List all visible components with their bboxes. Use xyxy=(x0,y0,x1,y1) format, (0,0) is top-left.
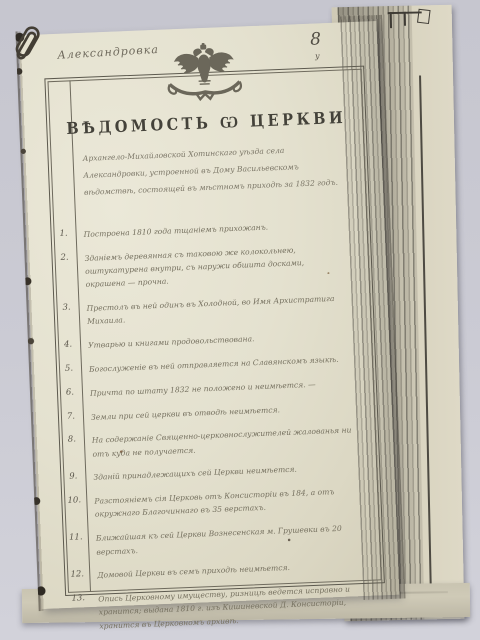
item-text: Разстояніемъ сія Церковь отъ Консисторіи… xyxy=(94,484,355,521)
list-item: 4. Утварью и книгами продовольствована. xyxy=(56,328,374,354)
item-number: 9. xyxy=(61,471,86,485)
item-number: 11. xyxy=(64,532,89,560)
item-text: Богослуженіе въ ней отправляется на Слав… xyxy=(89,352,349,376)
item-text: Домовой Церкви въ семъ приходѣ неимѣется… xyxy=(97,559,357,583)
list-item: 1. Построена 1810 года тщаніемъ прихожан… xyxy=(51,216,369,242)
item-number: 7. xyxy=(59,411,84,425)
list-item: 11. Ближайшая къ сей Церкви Вознесенская… xyxy=(64,520,383,559)
item-list: 1. Построена 1810 года тщаніемъ прихожан… xyxy=(51,216,383,590)
list-item: 12. Домовой Церкви въ семъ приходѣ неимѣ… xyxy=(65,557,383,583)
item-number: 13. xyxy=(66,593,92,634)
item-number: 5. xyxy=(57,363,82,377)
item-text: Утварью и книгами продовольствована. xyxy=(88,329,348,353)
item-text: Престолъ въ ней одинъ въ Холодной, во Им… xyxy=(86,292,347,329)
item-number: 4. xyxy=(56,339,81,353)
list-item: 10. Разстояніемъ сія Церковь отъ Консист… xyxy=(62,483,381,522)
item-number: 2. xyxy=(52,252,78,293)
document-page: Александровка 8 у xyxy=(19,21,400,609)
paperclip-icon xyxy=(10,20,46,67)
printed-table-marks xyxy=(388,9,447,70)
item-number: 8. xyxy=(60,434,85,462)
item-number: 10. xyxy=(62,495,87,523)
photo-background: Александровка 8 у xyxy=(0,0,480,640)
page-number-mark: у xyxy=(315,51,320,60)
item-text: Ближайшая къ сей Церкви Вознесенская м. … xyxy=(96,522,357,559)
list-item: 6. Причта по штату 1832 не положено и не… xyxy=(58,375,376,401)
list-item: 13. Опись Церковному имуществу, ризницѣ … xyxy=(66,581,385,634)
item-text: Причта по штату 1832 не положено и неимѣ… xyxy=(90,376,350,400)
item-text: Зданій принадлежащихъ сей Церкви неимѣет… xyxy=(93,461,353,485)
item-number: 6. xyxy=(58,387,83,401)
list-item: 9. Зданій принадлежащихъ сей Церкви неим… xyxy=(61,460,379,486)
document-subtitle: Архангело-Михайловской Хотинскаго уѣзда … xyxy=(82,139,350,201)
item-number: 1. xyxy=(51,228,76,242)
list-item: 2. Зданіемъ деревянная съ таковою же кол… xyxy=(52,240,371,293)
imperial-eagle-emblem xyxy=(164,41,244,106)
item-number: 12. xyxy=(65,569,90,583)
item-text: Построена 1810 года тщаніемъ прихожанъ. xyxy=(83,218,343,242)
document-title: ВѢДОМОСТЬ Ѡ ЦЕРКВИ xyxy=(47,108,366,141)
handwritten-annotation: Александровка xyxy=(57,43,159,62)
item-text: На содержаніе Священно-церковнослужителе… xyxy=(92,424,353,461)
item-text: Опись Церковному имуществу, ризницѣ веде… xyxy=(98,582,359,632)
item-text: Зданіемъ деревянная съ таковою же колоко… xyxy=(84,241,345,291)
list-item: 3. Престолъ въ ней одинъ въ Холодной, во… xyxy=(54,291,373,330)
list-item: 5. Богослуженіе въ ней отправляется на С… xyxy=(57,351,375,377)
document-frame: ВѢДОМОСТЬ Ѡ ЦЕРКВИ Архангело-Михайловско… xyxy=(44,66,385,596)
item-text: Земли при сей церкви въ отводѣ неимѣется… xyxy=(91,400,351,424)
page-number: 8 xyxy=(310,29,322,49)
list-item: 7. Земли при сей церкви въ отводѣ неимѣе… xyxy=(59,399,377,425)
list-item: 8. На содержаніе Священно-церковнослужит… xyxy=(60,423,379,462)
item-number: 3. xyxy=(54,302,79,330)
